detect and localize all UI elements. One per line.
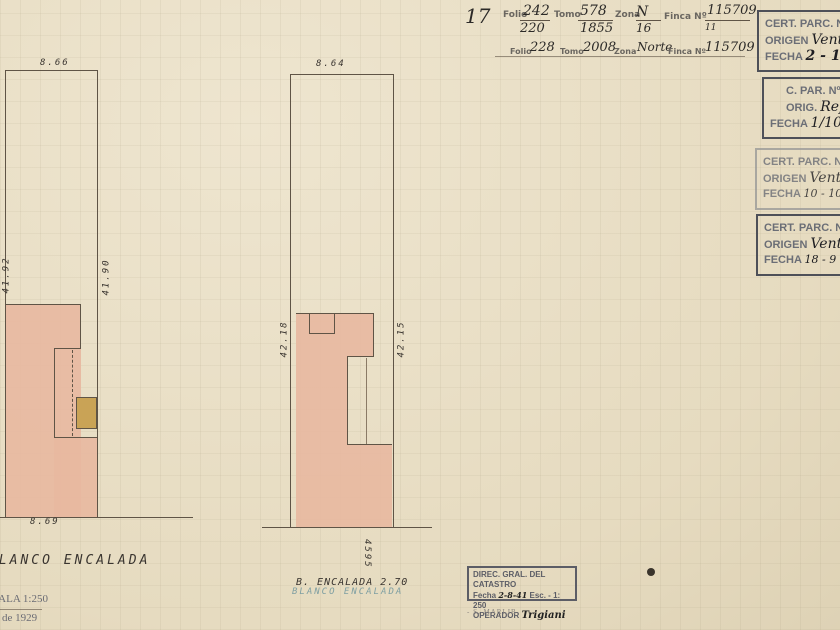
zona-value: N <box>636 4 648 20</box>
folio-value: 242 <box>523 3 550 19</box>
date-text: de 1929 <box>2 612 37 624</box>
right-street-line <box>262 527 432 528</box>
right-street-label-2: BLANCO ENCALADA <box>292 587 403 597</box>
left-right-dimension: 41.90 <box>102 258 112 295</box>
right-left-dimension: 42.18 <box>280 320 290 357</box>
folio-label-3: Folio <box>510 47 532 56</box>
tomo-value-2: 1855 <box>580 21 613 36</box>
finca-value: 115709 <box>707 3 757 18</box>
left-left-dimension: 41.92 <box>2 256 12 293</box>
right-small-room <box>309 313 335 334</box>
left-street-line <box>0 517 193 518</box>
finca-label: Finca Nº <box>664 12 707 22</box>
cadastral-sheet <box>0 0 840 630</box>
right-bottom-dimension: 4595 <box>362 539 372 569</box>
left-top-dimension: 8.66 <box>40 58 70 68</box>
cert-stamp-4: CERT. PARC. Nº ORIGEN Venta FECHA 18 - 9… <box>756 214 840 276</box>
catastro-stamp: DIREC. GRAL. DEL CATASTRO Fecha 2-8-41 E… <box>467 566 577 601</box>
finca-label-3: Finca Nº <box>668 47 706 56</box>
right-top-dimension: 8.64 <box>316 59 346 69</box>
zona-label-3: Zona <box>614 47 636 56</box>
cert-stamp-2: C. PAR. Nº ORIG. Ref FECHA 1/10/ <box>762 77 840 139</box>
right-right-dimension: 42.15 <box>397 320 407 357</box>
left-street-label: BLANCO ENCALADA <box>0 553 150 568</box>
left-annex-block <box>76 397 97 429</box>
footer-note: - S. MARLIB <box>467 608 517 616</box>
finca-value-3: 115709 <box>705 40 755 55</box>
sheet-number: 17 <box>465 4 490 28</box>
left-bottom-dimension: 8.69 <box>30 517 60 527</box>
finca-value-2: 11 <box>705 23 716 33</box>
cert-stamp-1: CERT. PARC. Nº ORIGEN Venta FECHA 2 - 1 <box>757 10 840 72</box>
tomo-label: Tomo <box>554 10 581 20</box>
ink-spot <box>647 568 655 576</box>
scale-text: ESCALA 1:250 <box>0 593 48 605</box>
cert-stamp-3: CERT. PARC. Nº ORIGEN Venta FECHA 10 - 1… <box>755 148 840 210</box>
folio-value-2: 220 <box>520 21 545 36</box>
tomo-value-3: 2008 <box>583 40 616 55</box>
zona-value-2: 16 <box>636 21 651 35</box>
folio-value-3: 228 <box>530 40 555 55</box>
tomo-value: 578 <box>580 3 607 19</box>
tomo-label-3: Tomo <box>560 47 584 56</box>
